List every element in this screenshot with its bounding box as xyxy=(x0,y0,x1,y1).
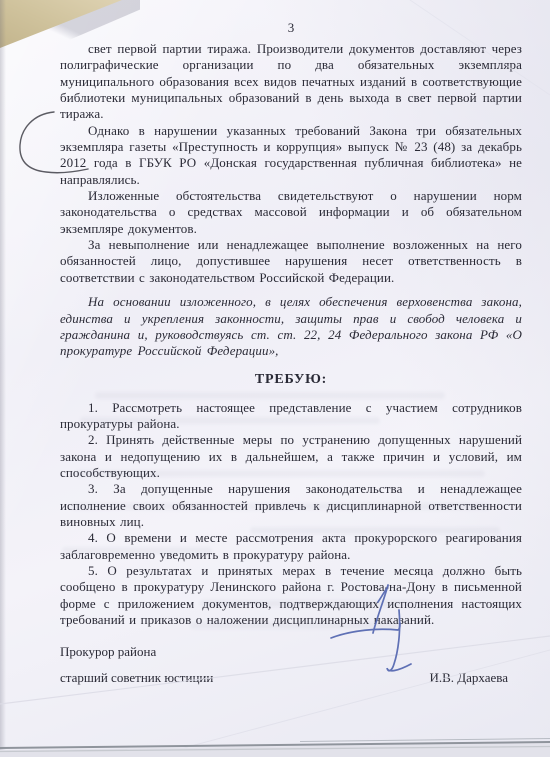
signatory-position-line2: старший советник юстиции xyxy=(60,670,213,686)
body-paragraph-1: свет первой партии тиража. Производители… xyxy=(60,41,522,123)
signatory-name: И.В. Дархаева xyxy=(429,670,508,686)
preamble-paragraph: На основании изложенного, в целях обеспе… xyxy=(60,294,522,359)
body-paragraph-2: Однако в нарушении указанных требований … xyxy=(60,123,522,188)
signature-block: Прокурор района старший советник юстиции… xyxy=(60,644,522,686)
body-paragraph-4: За невыполнение или ненадлежащее выполне… xyxy=(60,237,522,286)
demand-item-2: 2. Принять действенные меры по устранени… xyxy=(60,432,522,481)
paper-bottom-edge-line xyxy=(0,747,550,752)
signatory-position-line1: Прокурор района xyxy=(60,644,522,660)
paper-bottom-edge-line xyxy=(300,739,550,742)
document-body: 3 свет первой партии тиража. Производите… xyxy=(60,0,522,628)
demand-item-3: 3. За допущенные нарушения законодательс… xyxy=(60,481,522,530)
demand-heading: ТРЕБУЮ: xyxy=(60,372,522,388)
paper-bottom-edge-line xyxy=(0,742,550,748)
page-number: 3 xyxy=(60,20,522,36)
scanned-page: 3 свет первой партии тиража. Производите… xyxy=(0,0,550,757)
demand-item-1: 1. Рассмотреть настоящее представление с… xyxy=(60,400,522,433)
left-edge-shadow xyxy=(0,0,6,757)
body-paragraph-3: Изложенные обстоятельства свидетельствую… xyxy=(60,188,522,237)
demand-item-4: 4. О времени и месте рассмотрения акта п… xyxy=(60,530,522,563)
demand-item-5: 5. О результатах и принятых мерах в тече… xyxy=(60,563,522,628)
paper-bottom-strip xyxy=(0,743,550,757)
